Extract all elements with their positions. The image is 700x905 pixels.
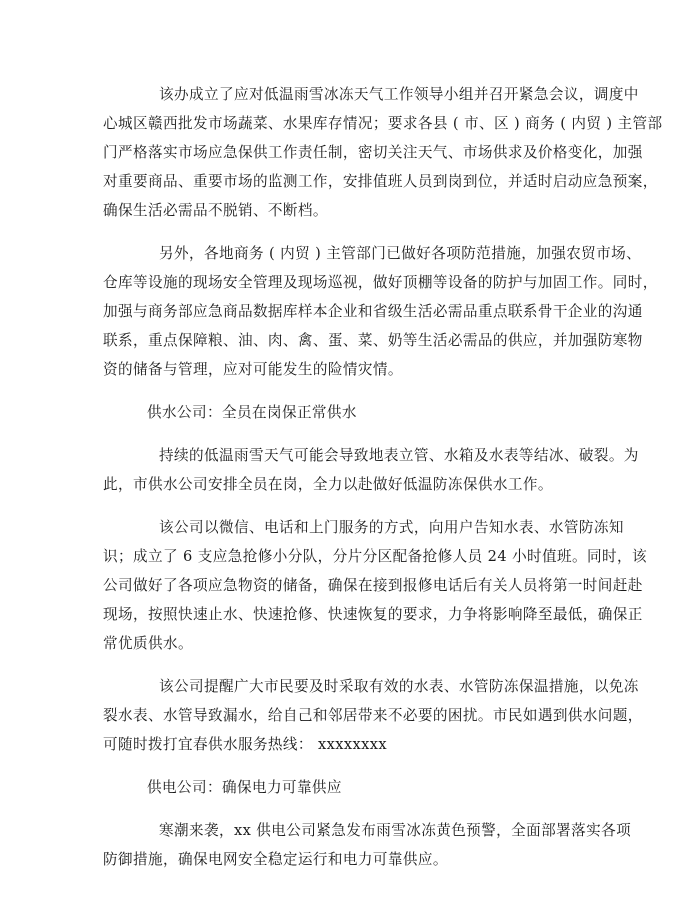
heading-text: 供水公司：全员在岗保正常供水 xyxy=(103,398,631,427)
text-line: 持续的低温雨雪天气可能会导致地表立管、水箱及水表等结冰、破裂。为 xyxy=(103,441,631,470)
text-line: 裂水表、水管导致漏水，给自己和邻居带来不必要的困扰。市民如遇到供水问题， xyxy=(103,701,631,730)
text-line: 寒潮来袭，xx 供电公司紧急发布雨雪冰冻黄色预警，全面部署落实各项 xyxy=(103,816,631,845)
paragraph-water-freeze-risk: 持续的低温雨雪天气可能会导致地表立管、水箱及水表等结冰、破裂。为 此，市供水公司… xyxy=(103,441,631,499)
text-line: 加强与商务部应急商品数据库样本企业和省级生活必需品重点联系骨干企业的沟通 xyxy=(103,297,631,326)
text-line: 识；成立了 6 支应急抢修小分队，分片分区配备抢修人员 24 小时值班。同时，该 xyxy=(103,542,631,571)
text-line: 此，市供水公司安排全员在岗，全力以赴做好低温防冻保供水工作。 xyxy=(103,470,631,499)
document-page: 该办成立了应对低温雨雪冰冻天气工作领导小组并召开紧急会议，调度中 心城区赣西批发… xyxy=(103,80,631,888)
text-line: 该办成立了应对低温雨雪冰冻天气工作领导小组并召开紧急会议，调度中 xyxy=(103,80,631,109)
section-heading-water-company: 供水公司：全员在岗保正常供水 xyxy=(103,398,631,427)
text-line: 另外，各地商务 ( 内贸 ) 主管部门已做好各项防范措施，加强农贸市场、 xyxy=(103,239,631,268)
paragraph-water-reminder: 该公司提醒广大市民要及时采取有效的水表、水管防冻保温措施，以免冻 裂水表、水管导… xyxy=(103,672,631,759)
paragraph-power-warning: 寒潮来袭，xx 供电公司紧急发布雨雪冰冻黄色预警，全面部署落实各项 防御措施，确… xyxy=(103,816,631,874)
section-heading-power-company: 供电公司：确保电力可靠供应 xyxy=(103,773,631,802)
text-line: 资的储备与管理，应对可能发生的险情灾情。 xyxy=(103,355,631,384)
paragraph-commerce-measures: 另外，各地商务 ( 内贸 ) 主管部门已做好各项防范措施，加强农贸市场、 仓库等… xyxy=(103,239,631,384)
text-line: 可随时拨打宜春供水服务热线： xxxxxxxx xyxy=(103,730,631,759)
text-line: 防御措施，确保电网安全稳定运行和电力可靠供应。 xyxy=(103,845,631,874)
text-line: 该公司以微信、电话和上门服务的方式，向用户告知水表、水管防冻知 xyxy=(103,513,631,542)
paragraph-emergency-meeting: 该办成立了应对低温雨雪冰冻天气工作领导小组并召开紧急会议，调度中 心城区赣西批发… xyxy=(103,80,631,225)
text-line: 公司做好了各项应急物资的储备，确保在接到报修电话后有关人员将第一时间赶赴 xyxy=(103,571,631,600)
text-line: 对重要商品、重要市场的监测工作，安排值班人员到岗到位，并适时启动应急预案， xyxy=(103,167,631,196)
text-line: 现场，按照快速止水、快速抢修、快速恢复的要求，力争将影响降至最低，确保正 xyxy=(103,600,631,629)
text-line: 联系，重点保障粮、油、肉、禽、蛋、菜、奶等生活必需品的供应，并加强防寒物 xyxy=(103,326,631,355)
text-line: 仓库等设施的现场安全管理及现场巡视，做好顶棚等设备的防护与加固工作。同时， xyxy=(103,268,631,297)
paragraph-water-repair-teams: 该公司以微信、电话和上门服务的方式，向用户告知水表、水管防冻知 识；成立了 6 … xyxy=(103,513,631,658)
heading-text: 供电公司：确保电力可靠供应 xyxy=(103,773,631,802)
text-line: 心城区赣西批发市场蔬菜、水果库存情况；要求各县 ( 市、区 ) 商务 ( 内贸 … xyxy=(103,109,631,138)
text-line: 确保生活必需品不脱销、不断档。 xyxy=(103,196,631,225)
text-line: 门严格落实市场应急保供工作责任制，密切关注天气、市场供求及价格变化，加强 xyxy=(103,138,631,167)
text-line: 该公司提醒广大市民要及时采取有效的水表、水管防冻保温措施，以免冻 xyxy=(103,672,631,701)
text-line: 常优质供水。 xyxy=(103,629,631,658)
